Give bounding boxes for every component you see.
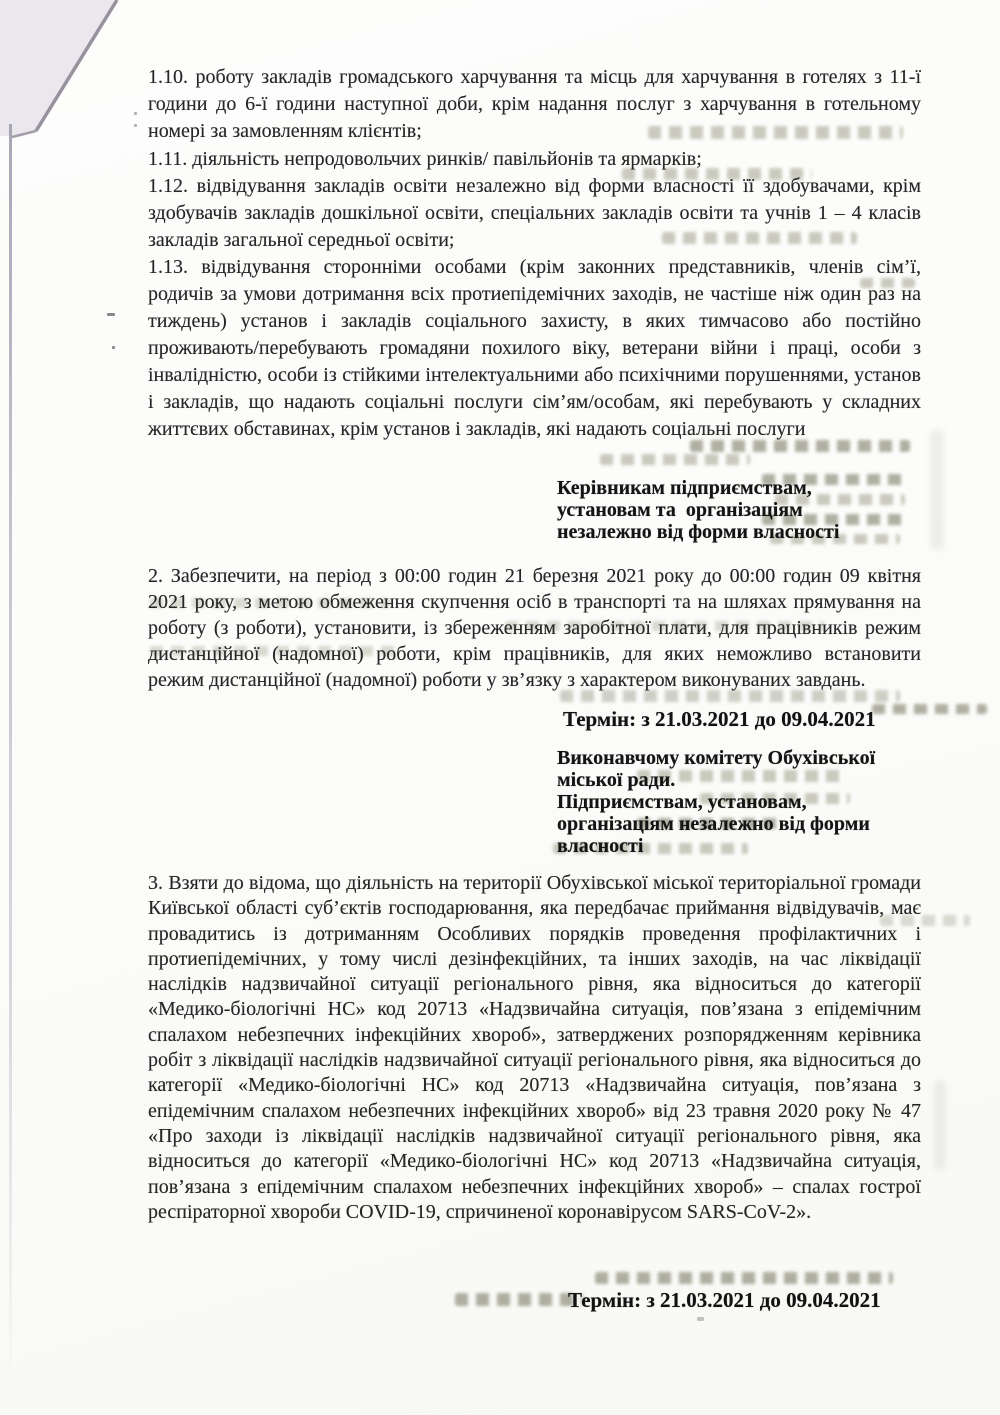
document-page: 1.10. роботу закладів громадського харчу… <box>0 0 1000 1415</box>
bleed-through-smudge <box>872 704 987 714</box>
margin-mark <box>697 1317 704 1321</box>
margin-mark <box>134 112 137 115</box>
bleed-through-smudge <box>600 454 750 465</box>
addressee-block-1: Керівникам підприємствам, установам та о… <box>557 477 937 543</box>
addressee-line: незалежно від форми власності <box>557 521 937 543</box>
page-edge-line <box>9 124 12 1394</box>
addressee-line: власності <box>557 835 937 857</box>
term-line-1: Термін: з 21.03.2021 до 09.04.2021 <box>563 707 876 732</box>
addressee-line: міської ради. <box>557 769 937 791</box>
margin-mark <box>112 346 115 349</box>
list-item-1-11: 1.11. діяльність непродовольчих ринків/ … <box>148 146 921 173</box>
page-corner-fold <box>0 0 132 142</box>
paragraph-2: 2. Забезпечити, на період з 00:00 годин … <box>148 563 921 693</box>
bleed-through-smudge <box>595 1272 893 1284</box>
list-item-1-10: 1.10. роботу закладів громадського харчу… <box>148 64 921 145</box>
scan-streak <box>934 1080 946 1170</box>
bleed-through-smudge <box>455 1293 583 1306</box>
addressee-line: Керівникам підприємствам, <box>557 477 937 499</box>
addressee-line: установам та організаціям <box>557 499 937 521</box>
margin-mark <box>107 313 115 316</box>
margin-mark <box>134 124 137 127</box>
list-item-1-13: 1.13. відвідування сторонніми особами (к… <box>148 254 921 443</box>
paragraph-3: 3. Взяти до відома, що діяльність на тер… <box>148 871 921 1225</box>
term-line-2: Термін: з 21.03.2021 до 09.04.2021 <box>568 1288 881 1313</box>
addressee-line: Виконавчому комітету Обухівської <box>557 747 937 769</box>
addressee-line: Підприємствам, установам, <box>557 791 937 813</box>
list-item-1-12: 1.12. відвідування закладів освіти незал… <box>148 173 921 254</box>
addressee-block-2: Виконавчому комітету Обухівської міської… <box>557 747 937 857</box>
addressee-line: організаціям незалежно від форми <box>557 813 937 835</box>
